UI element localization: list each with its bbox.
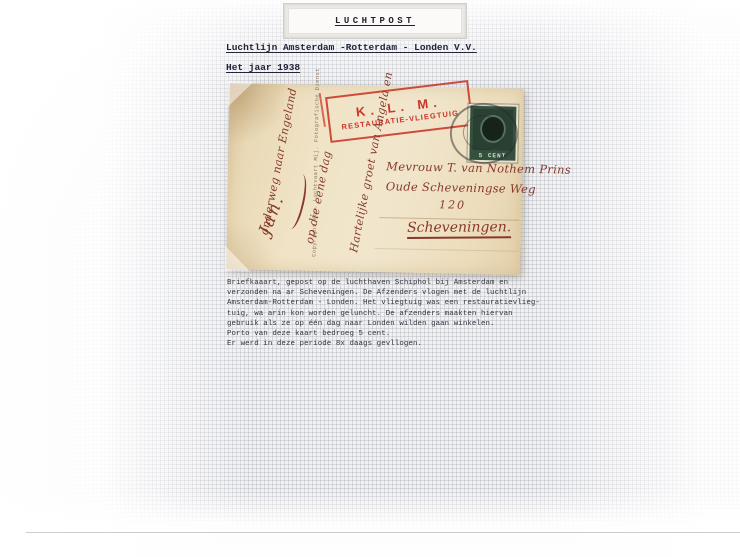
caption-line: gebruik als ze op één dag naar Londen wi… [227, 319, 537, 329]
typewritten-caption: Briefkaaart, gepost op de luchthaven Sch… [227, 278, 537, 349]
album-page-photo: LUCHTPOST Luchtlijn Amsterdam -Rotterdam… [0, 0, 740, 557]
address-recipient: Mevrouw T. van Nothem Prins [386, 156, 520, 179]
luchtpost-label-card: LUCHTPOST [288, 8, 462, 34]
mount-corner-top-left [227, 81, 253, 107]
caption-line: Er werd in deze periode 8x daags gevllog… [227, 339, 537, 349]
postmark-inner-circle [463, 115, 504, 151]
page-title-year: Het jaar 1938 [226, 62, 300, 73]
caption-line: tuig, wa arin kon worden geluncht. De af… [227, 309, 537, 319]
message-line: op die eene dag [302, 85, 346, 245]
luchtpost-label-frame: LUCHTPOST [283, 3, 467, 39]
address-street: Oude Scheveningse Weg [386, 176, 520, 199]
mount-corner-bottom-left [224, 245, 250, 271]
printed-address-line [375, 248, 519, 252]
luchtpost-label: LUCHTPOST [335, 16, 415, 26]
page-title-route: Luchtlijn Amsterdam -Rotterdam - Londen … [226, 42, 477, 53]
address-city: Scheveningen. [407, 219, 511, 239]
postcard: K. L. M. RESTAURATIE-VLIEGTUIG 5 CENT Co… [226, 83, 524, 275]
address-number: 120 [385, 196, 519, 215]
caption-line: Porto van deze kaart bedroeg 5 cent. [227, 329, 537, 339]
page-bottom-rule [26, 532, 740, 533]
graph-paper-page: LUCHTPOST Luchtlijn Amsterdam -Rotterdam… [0, 0, 740, 557]
caption-line: verzonden na ar Scheveningen. De Afzende… [227, 288, 537, 298]
handwritten-address: Mevrouw T. van Nothem Prins Oude Scheven… [385, 156, 521, 240]
caption-line: Amsterdam-Rotterdam - Londen. Het vliegt… [227, 298, 537, 308]
caption-line: Briefkaaart, gepost op de luchthaven Sch… [227, 278, 537, 288]
